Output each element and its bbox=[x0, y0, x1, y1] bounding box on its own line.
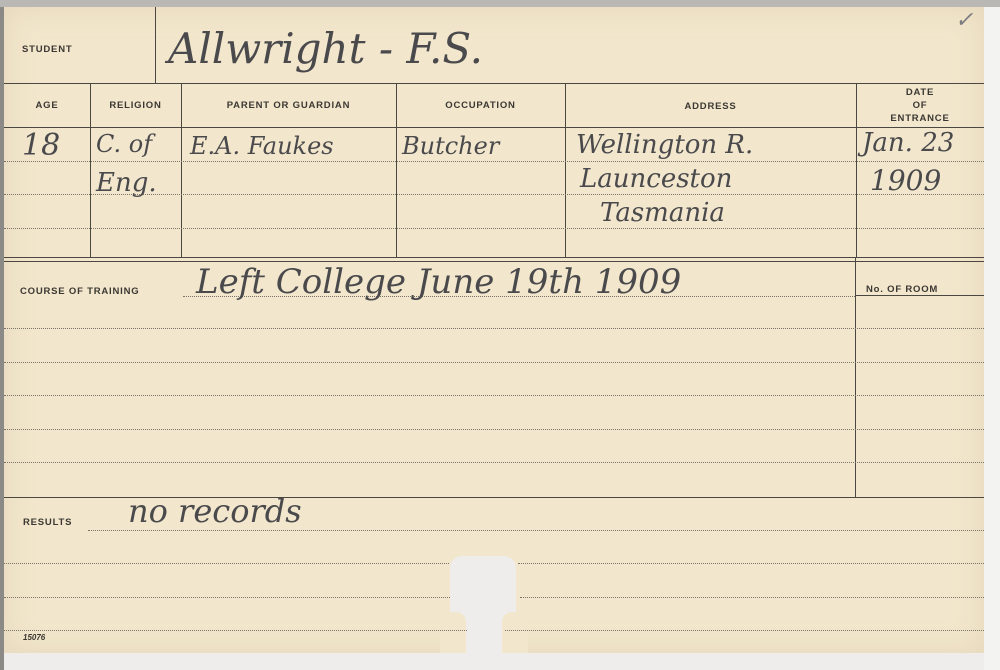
age-value: 18 bbox=[22, 128, 60, 163]
address-label: ADDRESS bbox=[565, 101, 856, 112]
dotted-rule bbox=[4, 429, 984, 430]
scan-background bbox=[984, 7, 1000, 670]
religion-value-line1: C. of bbox=[96, 130, 152, 158]
dotted-rule bbox=[4, 161, 984, 162]
address-value-line1: Wellington R. bbox=[576, 130, 753, 160]
check-mark: ✓ bbox=[955, 8, 973, 33]
rule-table-bottom bbox=[4, 257, 984, 258]
room-label: No. OF ROOM bbox=[866, 284, 938, 295]
dotted-rule bbox=[88, 530, 984, 531]
dotted-rule bbox=[4, 395, 984, 396]
dotted-rule bbox=[4, 228, 984, 229]
age-label: AGE bbox=[4, 100, 90, 111]
rule-student-bottom bbox=[4, 83, 984, 84]
rule-student-divider bbox=[155, 7, 156, 83]
parent-label: PARENT OR GUARDIAN bbox=[181, 100, 396, 111]
entrance-value-line1: Jan. 23 bbox=[862, 128, 954, 158]
occupation-value: Butcher bbox=[402, 132, 499, 160]
entrance-value-line2: 1909 bbox=[870, 164, 941, 197]
date-of-entrance-label: DATE bbox=[856, 87, 984, 98]
dotted-rule bbox=[4, 630, 467, 631]
rule-header-bottom bbox=[4, 127, 984, 128]
notch-shoulder-left bbox=[440, 612, 466, 653]
scan-top-edge bbox=[0, 0, 1000, 7]
address-value-line2: Launceston bbox=[580, 164, 732, 194]
occupation-label: OCCUPATION bbox=[396, 100, 565, 111]
results-label: RESULTS bbox=[23, 517, 72, 528]
religion-label: RELIGION bbox=[90, 100, 181, 111]
religion-value-line2: Eng. bbox=[96, 168, 157, 198]
parent-value: E.A. Faukes bbox=[190, 132, 334, 160]
rule-room-divider bbox=[855, 257, 856, 497]
dotted-rule bbox=[4, 462, 984, 463]
rule-room-header bbox=[855, 295, 984, 296]
student-name: Allwright - F.S. bbox=[168, 24, 483, 73]
course-label: COURSE OF TRAINING bbox=[20, 286, 139, 297]
student-label: STUDENT bbox=[22, 44, 72, 55]
dotted-rule bbox=[4, 328, 984, 329]
card-index-notch-slot bbox=[466, 612, 502, 662]
dotted-rule bbox=[4, 362, 984, 363]
dotted-rule bbox=[520, 597, 984, 598]
dotted-rule bbox=[4, 563, 449, 564]
dotted-rule bbox=[505, 630, 984, 631]
course-value: Left College June 19th 1909 bbox=[196, 262, 681, 302]
date-of-entrance-label: OF bbox=[856, 100, 984, 111]
date-of-entrance-label: ENTRANCE bbox=[856, 113, 984, 124]
address-value-line3: Tasmania bbox=[600, 198, 725, 228]
dotted-rule bbox=[518, 563, 984, 564]
results-value: no records bbox=[128, 492, 302, 530]
dotted-rule bbox=[4, 597, 450, 598]
form-number: 15076 bbox=[23, 633, 45, 642]
notch-shoulder-right bbox=[502, 612, 528, 653]
